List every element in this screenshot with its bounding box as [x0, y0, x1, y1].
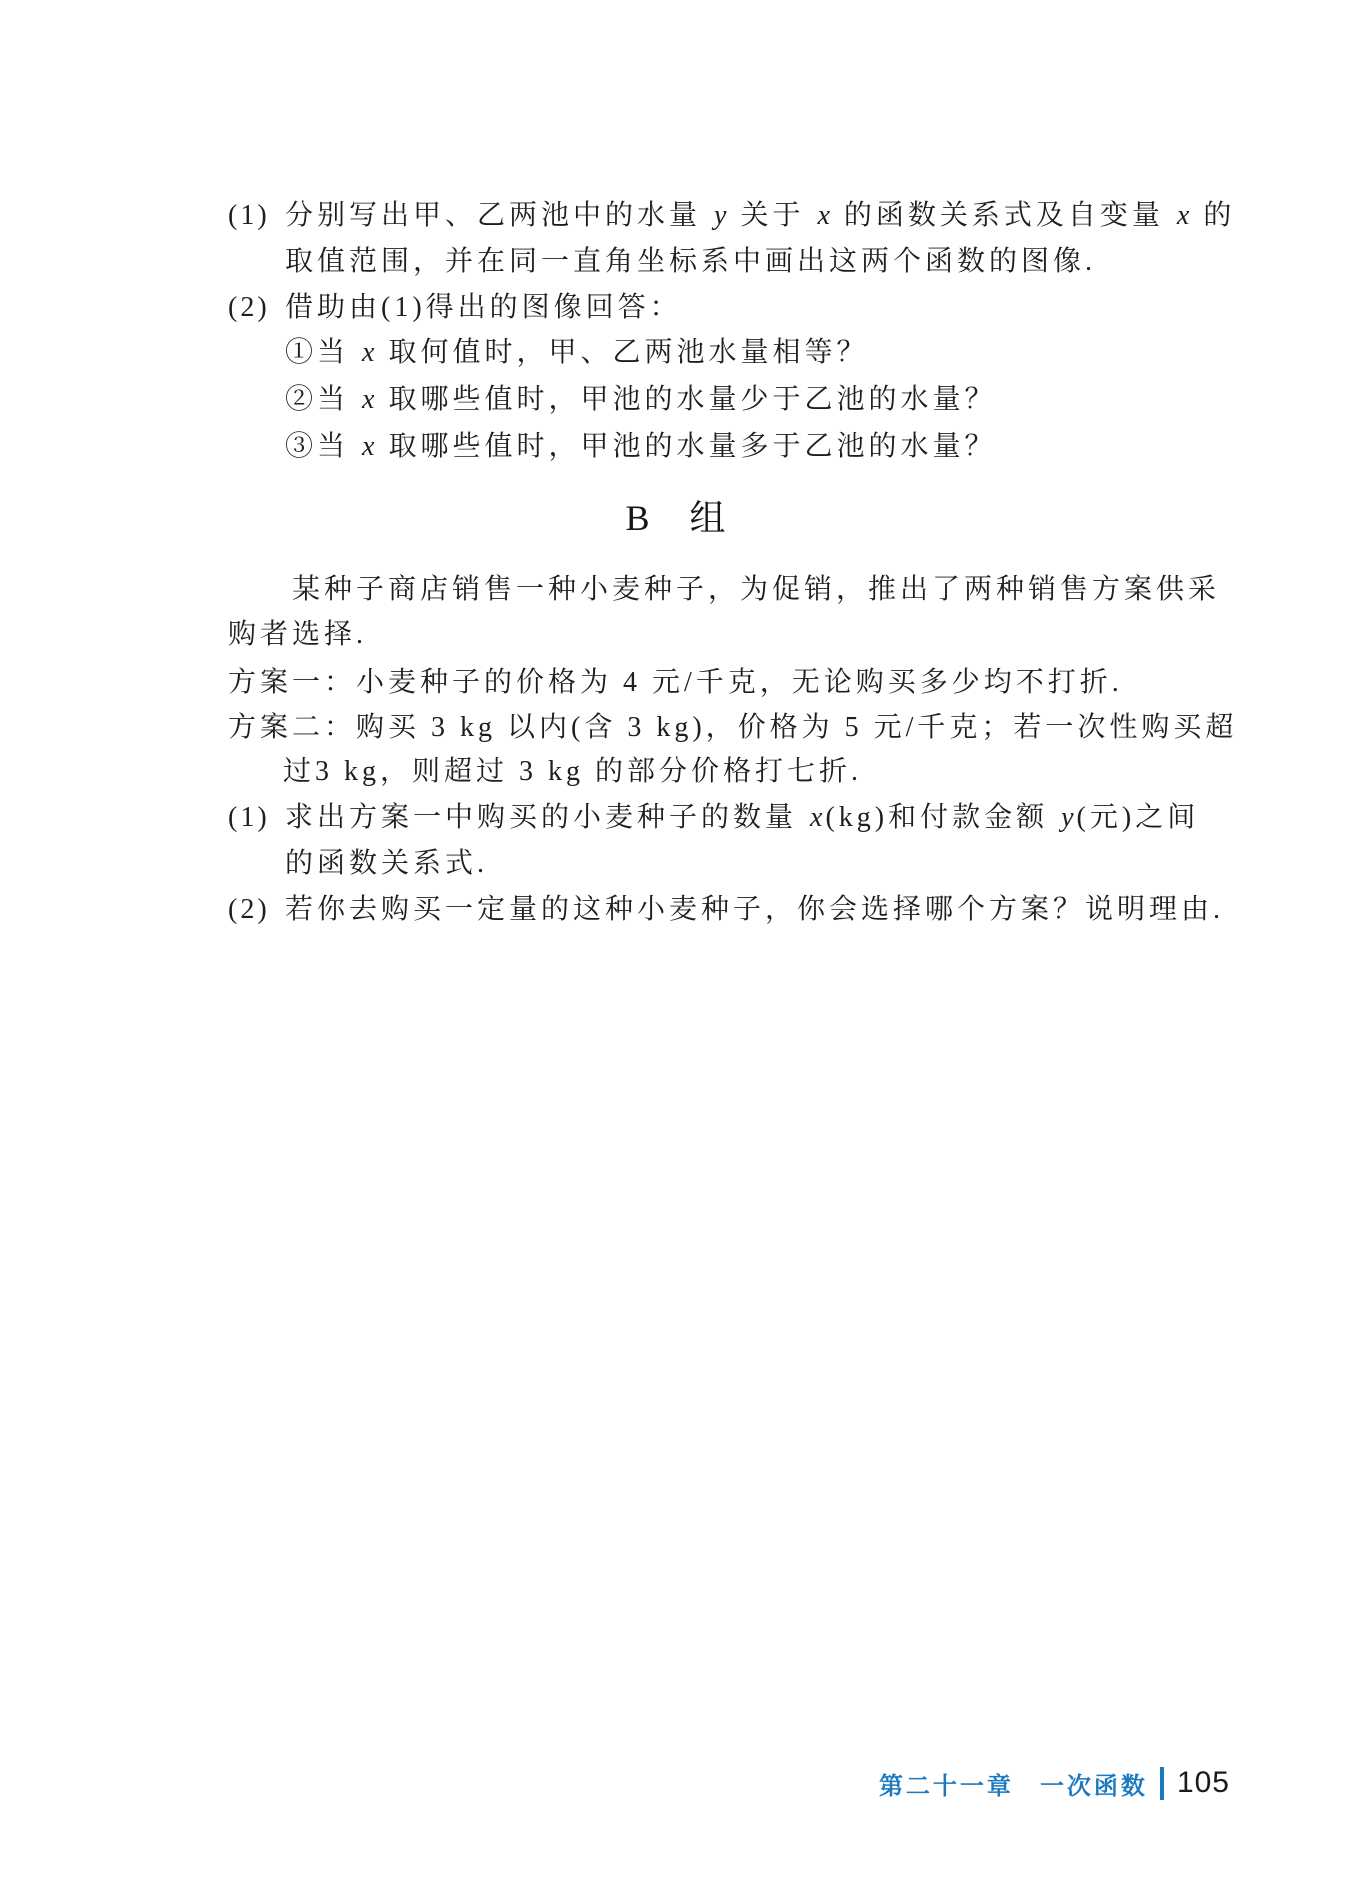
- item-number: (1): [228, 795, 285, 841]
- plan-2-line2: 过3 kg，则超过 3 kg 的部分价格打七折.: [283, 749, 862, 795]
- math-var-x: x: [360, 384, 377, 415]
- problem-a-item2-line1: (2)借助由(1)得出的图像回答：: [228, 285, 682, 331]
- item-number: (2): [228, 285, 285, 331]
- page-footer: 第二十一章 一次函数 105: [0, 1764, 1230, 1802]
- plan-1-line: 方案一：小麦种子的价格为 4 元/千克，无论购买多少均不打折.: [228, 660, 1123, 706]
- math-var-x: x: [815, 200, 832, 231]
- math-var-x: x: [360, 431, 377, 462]
- problem-a-item2-sub2: ②当 x 取哪些值时，甲池的水量少于乙池的水量？: [285, 377, 996, 423]
- section-b-intro-line2: 购者选择.: [228, 612, 367, 658]
- item-number: (2): [228, 887, 285, 933]
- footer-chapter-label: 第二十一章: [879, 1766, 1014, 1801]
- footer-page-number: 105: [1177, 1766, 1230, 1800]
- problem-a-item1-line2: 取值范围，并在同一直角坐标系中画出这两个函数的图像.: [285, 239, 1096, 285]
- item-text: 借助由(1)得出的图像回答：: [285, 292, 682, 323]
- item-number: (1): [228, 193, 285, 239]
- textbook-page: (1)分别写出甲、乙两池中的水量 y 关于 x 的函数关系式及自变量 x 的 取…: [0, 0, 1353, 1884]
- math-var-y: y: [1059, 802, 1076, 833]
- math-var-y: y: [712, 200, 729, 231]
- item-text: 若你去购买一定量的这种小麦种子，你会选择哪个方案？说明理由.: [285, 894, 1224, 925]
- math-var-x: x: [1175, 200, 1192, 231]
- problem-b-item1-line1: (1)求出方案一中购买的小麦种子的数量 x(kg)和付款金额 y(元)之间: [228, 795, 1199, 841]
- math-var-x: x: [808, 802, 825, 833]
- problem-a-item2-sub3: ③当 x 取哪些值时，甲池的水量多于乙池的水量？: [285, 424, 996, 470]
- problem-b-item1-line2: 的函数关系式.: [285, 841, 488, 887]
- section-b-intro-line1: 某种子商店销售一种小麦种子，为促销，推出了两种销售方案供采: [292, 567, 1220, 613]
- item-text: 分别写出甲、乙两池中的水量 y 关于 x 的函数关系式及自变量 x 的: [285, 200, 1235, 231]
- problem-a-item2-sub1: ①当 x 取何值时，甲、乙两池水量相等？: [285, 330, 868, 376]
- item-text: 求出方案一中购买的小麦种子的数量 x(kg)和付款金额 y(元)之间: [285, 802, 1199, 833]
- section-b-heading: B 组: [0, 492, 1353, 544]
- problem-a-item1-line1: (1)分别写出甲、乙两池中的水量 y 关于 x 的函数关系式及自变量 x 的: [228, 193, 1235, 239]
- problem-b-item2-line1: (2)若你去购买一定量的这种小麦种子，你会选择哪个方案？说明理由.: [228, 887, 1224, 933]
- math-var-x: x: [360, 337, 377, 368]
- footer-section-label: 一次函数: [1040, 1766, 1148, 1801]
- footer-divider: [1160, 1767, 1164, 1800]
- plan-2-line1: 方案二：购买 3 kg 以内(含 3 kg)，价格为 5 元/千克；若一次性购买…: [228, 705, 1237, 751]
